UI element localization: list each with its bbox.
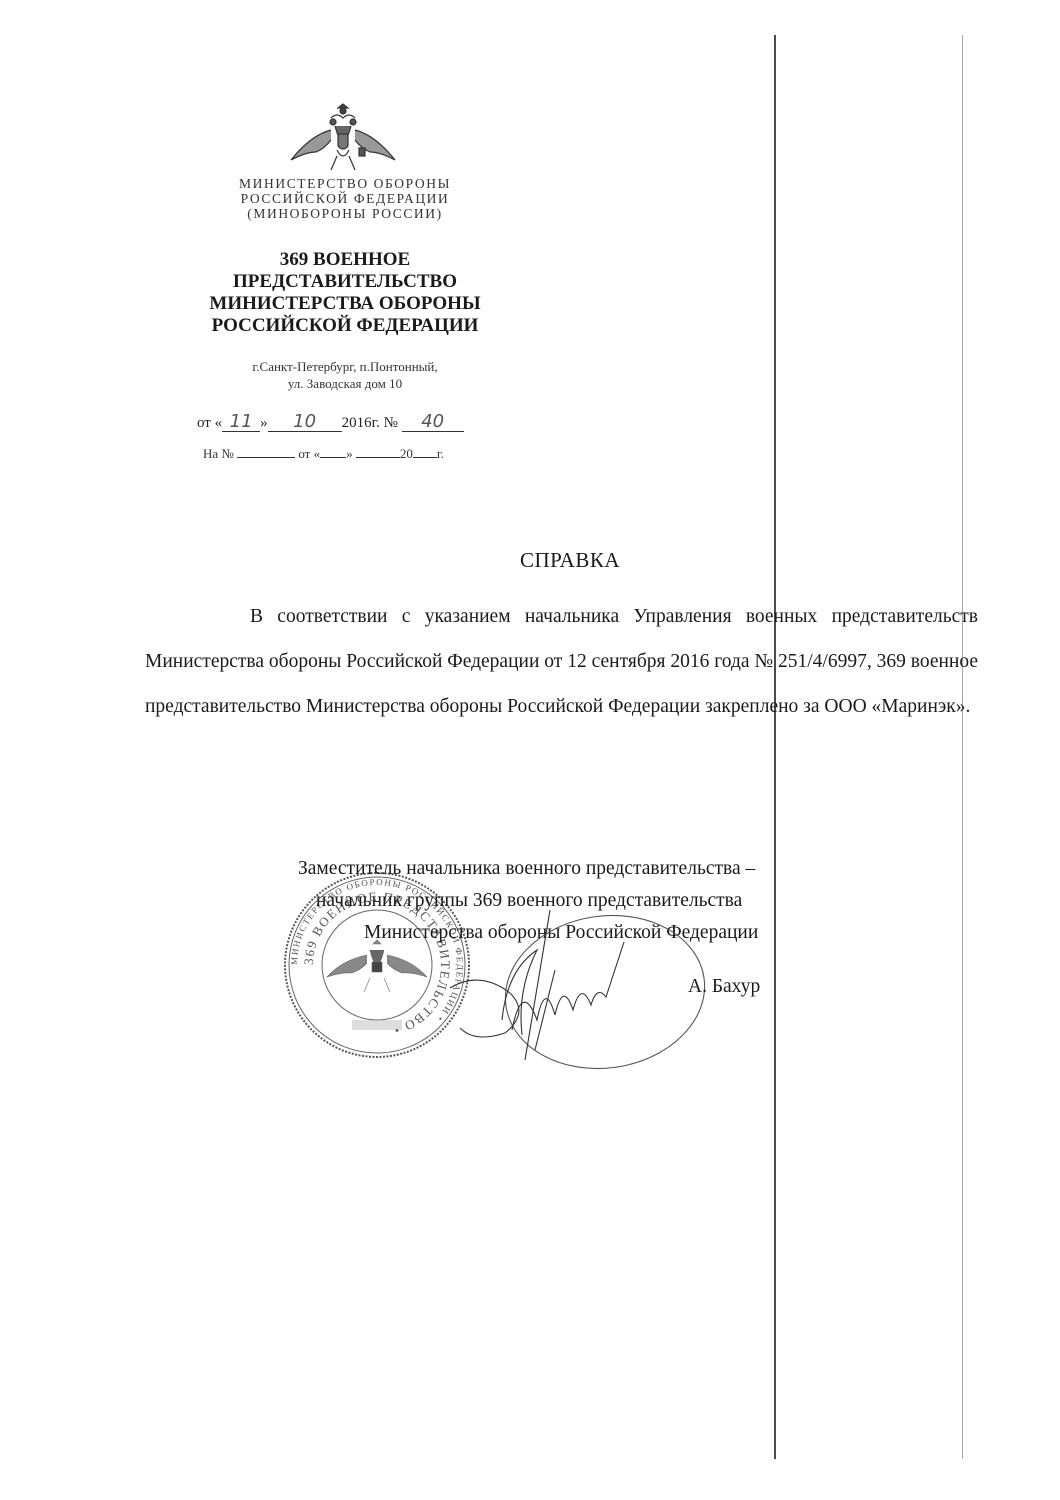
ref-from: от « <box>298 446 320 461</box>
ref-day-blank <box>320 447 346 458</box>
date-mid: » <box>260 415 268 431</box>
unit-line: 369 ВОЕННОЕ <box>180 249 510 271</box>
document-body: В соответствии с указанием начальника Уп… <box>145 594 978 729</box>
address: г.Санкт-Петербург, п.Понтонный, ул. Заво… <box>180 358 510 392</box>
ministry-name: МИНИСТЕРСТВО ОБОРОНЫ РОССИЙСКОЙ ФЕДЕРАЦИ… <box>200 176 490 221</box>
address-line: ул. Заводская дом 10 <box>180 375 510 392</box>
ministry-line: МИНИСТЕРСТВО ОБОРОНЫ <box>200 176 490 191</box>
ministry-line: (МИНОБОРОНЫ РОССИИ) <box>200 206 490 221</box>
ref-month-blank <box>356 447 400 458</box>
ref-year-blank <box>413 447 437 458</box>
ref-prefix: На № <box>203 446 234 461</box>
date-month: 10 <box>268 413 342 432</box>
ref-close: » <box>346 446 353 461</box>
body-paragraph: В соответствии с указанием начальника Уп… <box>145 594 978 729</box>
position-line: Заместитель начальника военного представ… <box>298 852 755 885</box>
scan-artifact-line <box>774 35 776 1459</box>
document-number: 40 <box>402 413 464 432</box>
outgoing-date-number: от «11»102016г. № 40 <box>197 413 464 432</box>
date-day: 11 <box>222 413 260 432</box>
unit-name: 369 ВОЕННОЕ ПРЕДСТАВИТЕЛЬСТВО МИНИСТЕРСТ… <box>180 249 510 337</box>
reference-line: На № от «» 20г. <box>203 446 444 462</box>
date-prefix: от « <box>197 415 222 431</box>
unit-line: МИНИСТЕРСТВА ОБОРОНЫ <box>180 293 510 315</box>
unit-line: ПРЕДСТАВИТЕЛЬСТВО <box>180 271 510 293</box>
unit-line: РОССИЙСКОЙ ФЕДЕРАЦИИ <box>180 315 510 337</box>
signer-name: А. Бахур <box>688 976 760 998</box>
address-line: г.Санкт-Петербург, п.Понтонный, <box>180 358 510 375</box>
ref-suffix: г. <box>437 446 444 461</box>
document-title: СПРАВКА <box>520 548 620 573</box>
date-year: 2016г. № <box>342 415 398 431</box>
ref-year: 20 <box>400 446 413 461</box>
double-headed-eagle-emblem-icon <box>283 100 403 175</box>
ministry-line: РОССИЙСКОЙ ФЕДЕРАЦИИ <box>200 191 490 206</box>
handwritten-signature-icon <box>440 900 710 1070</box>
scan-artifact-line <box>962 35 963 1459</box>
ref-number-blank <box>237 447 295 458</box>
